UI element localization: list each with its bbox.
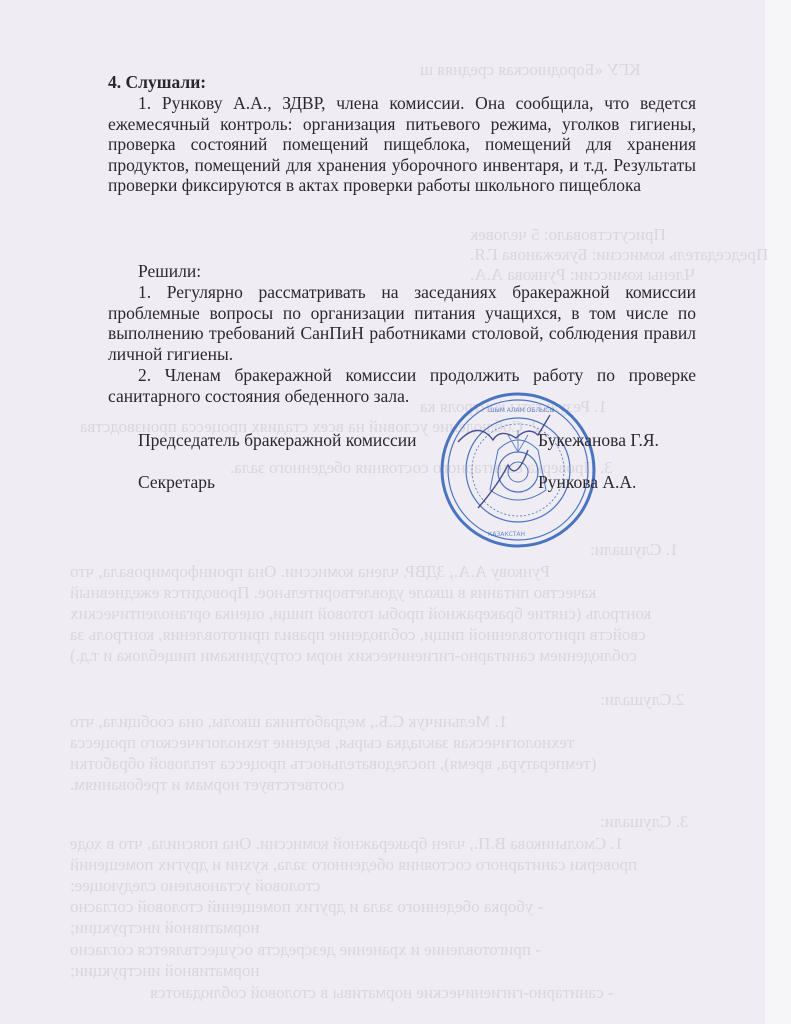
signature-secretary-name: Рункова А.А. [538, 472, 636, 492]
decided-item-1: 1. Регулярно рассматривать на заседаниях… [108, 282, 696, 364]
bleed-through-line: - приготовление и хранение дезсредств ос… [70, 940, 541, 960]
bleed-through-line: нормативной инструкции; [70, 961, 260, 981]
bleed-through-line: нормативной инструкции; [70, 918, 260, 938]
svg-text:КАЗАКСТАН: КАЗАКСТАН [488, 531, 525, 538]
bleed-through-line: (температура, время), последовательность… [70, 754, 596, 774]
decided-item-2: 2. Членам бракеражной комиссии продолжит… [108, 365, 696, 406]
signature-secretary-role: Секретарь [138, 472, 215, 492]
bleed-through-line: - санитарно-гигиенические нормативы в ст… [150, 983, 614, 1003]
bleed-through-line: свойств приготовленной пищи, соблюдение … [70, 625, 646, 645]
stamp-seal-icon: ШЫМ АЛАМ ОБЛЫСЫ КАЗАКСТАН [438, 390, 598, 550]
bleed-through-line: 1. Мельничук С.Б., медработника школы, о… [70, 712, 507, 732]
bleed-through-line: качество питания в школе удовлетворитель… [70, 583, 596, 603]
page-edge [765, 0, 791, 1024]
bleed-through-line: 2.Слушали: [600, 690, 684, 710]
decided-heading: Решили: [138, 261, 696, 282]
bleed-through-line: столовой установлено следующее: [70, 876, 320, 896]
signature-chairman-name: Букежанова Г.Я. [538, 430, 659, 450]
bleed-through-line: технологическая закладка сырья, ведение … [70, 733, 574, 753]
svg-text:ШЫМ АЛАМ ОБЛЫСЫ: ШЫМ АЛАМ ОБЛЫСЫ [488, 407, 555, 414]
bleed-through-line: соблюдением санитарно-гигиенических норм… [70, 646, 637, 666]
bleed-through-line: 1. Смольникова В.П., член бракеражной ко… [70, 834, 623, 854]
bleed-through-line: 3. Слушали: [600, 812, 688, 832]
section-4-heading: 4. Слушали: [108, 72, 696, 93]
bleed-through-line: Рункову А.А., ЗДВР, члена комиссии. Она … [70, 562, 550, 582]
bleed-through-line: - уборка обеденного зала и других помеще… [70, 897, 543, 917]
bleed-through-line: проверки санитарного состояния обеденног… [70, 855, 637, 875]
official-stamp: ШЫМ АЛАМ ОБЛЫСЫ КАЗАКСТАН [438, 390, 598, 550]
bleed-through-line: соответствует нормам и требованиям. [70, 775, 344, 795]
section-4-text: 1. Рункову А.А., ЗДВР, члена комиссии. О… [108, 93, 696, 196]
bleed-through-line: контроль (снятие бракеражной пробы готов… [70, 604, 651, 624]
bleed-through-line: 1. Слушали: [590, 540, 678, 560]
bleed-through-line: Присутствовало: 5 человек [470, 225, 666, 245]
signature-chairman-role: Председатель бракеражной комиссии [138, 430, 417, 450]
